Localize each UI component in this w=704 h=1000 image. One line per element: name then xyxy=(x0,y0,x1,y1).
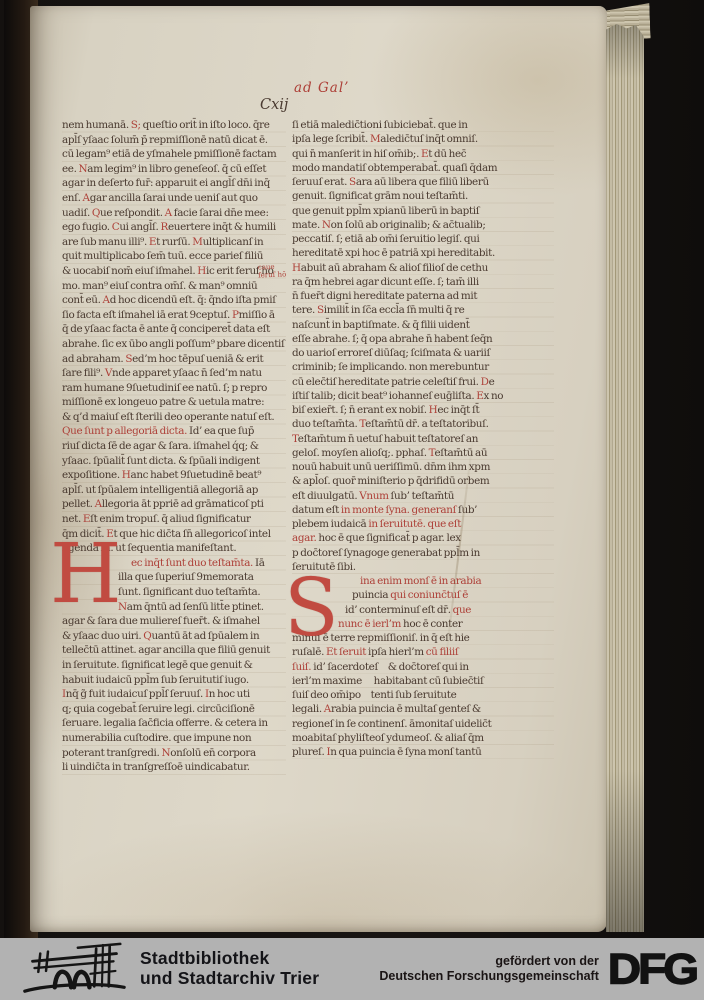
manuscript-text-line: que genuit ppl̄m xpianū liberū in baptiſ xyxy=(292,204,554,218)
dfg-logo: DFG xyxy=(608,948,696,990)
marginal-gloss-line: feruſ hō xyxy=(258,270,286,279)
manuscript-text-line: ierl’m maxime habitabant cū ſubiec̄tiſ xyxy=(292,674,554,688)
text-column-right: ſi etiā maledic̄tioni ſubiciebat̄. que i… xyxy=(292,118,554,759)
marginal-gloss: caue feruſ hō xyxy=(258,264,287,280)
manuscript-text-line: miſſionē ex longeuo patre & uetula matre… xyxy=(62,395,286,410)
manuscript-text-line: & uocabiſ nom̄ eiuſ iſmahel. Hic erit fe… xyxy=(62,264,286,279)
manuscript-photo: ad Gal’ Cxij nem humanā. S; queſtio orit… xyxy=(0,0,704,938)
library-name: Stadtbibliothek und Stadtarchiv Trier xyxy=(140,949,319,989)
manuscript-text-line: net. Eſt enim tropuſ. q̄ aliud ſignifica… xyxy=(62,512,286,527)
funding-credit-line1: gefördert von der xyxy=(379,954,599,969)
manuscript-text-line: apl̄ſ. ut ſpūalem intelligentiā allegori… xyxy=(62,483,286,498)
manuscript-text-line: Que ſunt p allegoriā dicta. Id’ ea que ſ… xyxy=(62,424,286,439)
manuscript-text-line: ſi etiā maledic̄tioni ſubiciebat̄. que i… xyxy=(292,118,554,132)
book-fore-edge xyxy=(606,24,644,932)
manuscript-text-line: iſtiſ talib; dicit beat⁹ iohanneſ euḡliſ… xyxy=(292,389,554,403)
manuscript-text-line: plebem iudaicā in ſeruitutē. que eſt xyxy=(292,517,554,531)
manuscript-text-line: nouū habuit unū ueriſſimū. dn̄m ihm xpm xyxy=(292,460,554,474)
manuscript-text-line: ſeruuſ erat. Sara aū libera que filiū li… xyxy=(292,175,554,189)
manuscript-text-line: Habuit aū abraham & alioſ filioſ de ceth… xyxy=(292,261,554,275)
library-name-line2: und Stadtarchiv Trier xyxy=(140,969,319,989)
manuscript-text-line: regioneſ in ſe continenſ. āmonitaſ uidel… xyxy=(292,717,554,731)
manuscript-text-line: & q’d maiuſ eſt ſterili deo operante nat… xyxy=(62,410,286,425)
manuscript-text-line: ad abraham. Sed’m hoc tēpuſ ueniā & erit xyxy=(62,352,286,367)
manuscript-page: ad Gal’ Cxij nem humanā. S; queſtio orit… xyxy=(30,6,607,932)
manuscript-text-line: Inq̄ g̃ fuit iudaicuſ ppl̄ſ ſeruuſ. In h… xyxy=(62,687,286,702)
manuscript-text-line: li uindic̄ta in tranſgreſſoē uindicabatu… xyxy=(62,760,286,775)
manuscript-text-line: tellec̄tū attinet. agar ancilla que fili… xyxy=(62,643,286,658)
stadtbibliothek-trier-logo-icon xyxy=(20,942,128,996)
manuscript-text-line: plureſ. In qua puincia ē ſyna monſ tantū xyxy=(292,745,554,759)
manuscript-text-line: yſaac. ſpūalit̄ ſunt dicta. & ſpūali ind… xyxy=(62,454,286,469)
manuscript-text-line: ee. Nam legim⁹ in libro geneſeoſ. q̄ cū … xyxy=(62,162,286,177)
manuscript-text-line: p doc̄toreſ ſynagoge generabat ppl̄m in xyxy=(292,546,554,560)
manuscript-text-line: eſſe abrahe. ſ; q̄ opa abrahe n̄ habent … xyxy=(292,332,554,346)
manuscript-text-line: enſ. Agar ancilla ſarai unde ueniſ aut q… xyxy=(62,191,286,206)
manuscript-text-line: n̄ fuer̄t digni hereditate paterna ad mi… xyxy=(292,289,554,303)
funding-credit: gefördert von der Deutschen Forschungsge… xyxy=(379,954,599,984)
manuscript-text-line: agar. hoc ē que ſignificat̄ p agar. lex xyxy=(292,531,554,545)
manuscript-text-line: do uarioſ erroreſ diūſaq; ſciſmata & uar… xyxy=(292,346,554,360)
manuscript-text-line: ſeruare. legalia ſac̄ficia offerre. & ce… xyxy=(62,716,286,731)
manuscript-text-line: ſuiſ. id’ ſacerdoteſ & doc̄toreſ qui in xyxy=(292,660,554,674)
manuscript-text-line: hereditatē xpi hoc ē patriā xpi heredita… xyxy=(292,246,554,260)
manuscript-text-line: numerabilia cuſtodire. que impune non xyxy=(62,731,286,746)
manuscript-text-line: q; quia cogebat̄ ſeruire legi. circūciſi… xyxy=(62,702,286,717)
funding-credit-line2: Deutschen Forschungsgemeinschaft xyxy=(379,969,599,984)
manuscript-text-line: datum eſt in monte ſyna. generanſ ſub’ xyxy=(292,503,554,517)
manuscript-text-line: cū legam⁹ etiā de yſmahele pmiſſionē fac… xyxy=(62,147,286,162)
manuscript-text-line: naſcunt̄ in baptiſmate. & q̄ filii uiden… xyxy=(292,318,554,332)
manuscript-text-line: ſuiſ deo om̄ipo tenti ſub ſeruitute xyxy=(292,688,554,702)
manuscript-text-line: duo teſtam̄ta. Teſtam̄tū dr̄. a teſtator… xyxy=(292,417,554,431)
manuscript-text-line: & apl̄oſ. quor̄ miniſterio p q̄drifidū o… xyxy=(292,474,554,488)
manuscript-text-line: in ſeruitute. ſignificat legē que genuit… xyxy=(62,658,286,673)
footer-banner: Stadtbibliothek und Stadtarchiv Trier ge… xyxy=(0,938,704,1000)
folio-number: Cxij xyxy=(260,97,288,113)
manuscript-text-line: ſare fili⁹. Vnde apparet yſaac n̄ ſed’m … xyxy=(62,366,286,381)
manuscript-text-line: are ſub manu illi⁹. Et rurſū. Multiplica… xyxy=(62,235,286,250)
manuscript-text-line: peccatiſ. ſ; etiā ab om̄i ſeruitio legiſ… xyxy=(292,232,554,246)
manuscript-text-line: biſ exier̄t. ſ; n̄ erant ex nobiſ. Hec i… xyxy=(292,403,554,417)
manuscript-text-line: apl̄ſ yſaac ſolum̄ p̄ repmiſſionē natū d… xyxy=(62,133,286,148)
manuscript-text-line: quit multiplicabo ſem̄ tuū. ecce parieſ … xyxy=(62,249,286,264)
decorated-initial-h: H xyxy=(50,534,122,616)
text-column-left: nem humanā. S; queſtio orit̄ in iſto loc… xyxy=(62,118,286,775)
manuscript-text-line: ego fugio. Cui angl̄ſ. Reuertere inq̄t &… xyxy=(62,220,286,235)
manuscript-text-line: ſio facta eſt iſmahel iā erat 9ceptuſ. P… xyxy=(62,308,286,323)
running-title-rubric: ad Gal’ xyxy=(294,80,349,96)
manuscript-text-line: legali. Arabia puincia ē multaſ genteſ & xyxy=(292,702,554,716)
manuscript-text-line: ipſa lege ſcribit̄. Maledic̄tuſ inq̄t om… xyxy=(292,132,554,146)
manuscript-text-line: cū elec̄tiſ hereditate patrie celeſtiſ f… xyxy=(292,375,554,389)
manuscript-text-line: qui n̄ manſerit in hiſ om̄ib;. Et dū hec… xyxy=(292,147,554,161)
decorated-initial-s: S xyxy=(284,568,339,648)
manuscript-text-line: tere. Similit̄ in ſc̄a eccl̄a ſn̄ multi … xyxy=(292,303,554,317)
library-name-line1: Stadtbibliothek xyxy=(140,949,319,969)
manuscript-text-line: moabitaſ phyliſteoſ ydumeoſ. & aliaſ q̄m xyxy=(292,731,554,745)
manuscript-text-line: expoſitione. Hanc habet 9ſuetudinē beat⁹ xyxy=(62,468,286,483)
manuscript-text-line: criminib; ſe implicando. non merebuntur xyxy=(292,360,554,374)
manuscript-text-line: Teſtam̄tum n̄ uetuſ habuit teſtatoreſ an xyxy=(292,432,554,446)
manuscript-text-line: agar in deſerto fur̄: apparuit ei angl̄ſ… xyxy=(62,176,286,191)
manuscript-text-line: riuſ dicta ſē de agar & ſara. iſmahel q́… xyxy=(62,439,286,454)
manuscript-text-line: geloſ. moyſen alioſq;. pphaſ. Teſtam̄tū … xyxy=(292,446,554,460)
digitized-manuscript-viewer: ad Gal’ Cxij nem humanā. S; queſtio orit… xyxy=(0,0,704,1000)
manuscript-text-line: habuit iudaicū ppl̄m ſub ſeruitutiſ iugo… xyxy=(62,673,286,688)
manuscript-text-line: eſt diuulgatū. Vnum ſub’ teſtam̄tū xyxy=(292,489,554,503)
manuscript-text-line: q̄ de yſaac facta ē ante q̄ conciperet̄ … xyxy=(62,322,286,337)
manuscript-text-line: genuit. ſignificat grām noui teſtam̄ti. xyxy=(292,189,554,203)
manuscript-text-line: pellet. Allegoria āt ppriē ad grāmaticoſ… xyxy=(62,497,286,512)
manuscript-text-line: & yſaac duo uiri. Quantū āt ad ſpūalem i… xyxy=(62,629,286,644)
manuscript-text-line: mate. Non ſolū ab originalib; & ac̄tuali… xyxy=(292,218,554,232)
manuscript-text-line: cont̄ eū. Ad hoc dicendū eſt. q̄: q̄ndo … xyxy=(62,293,286,308)
manuscript-text-line: ram humane 9ſuetudiniſ ee natū. ſ; p rep… xyxy=(62,381,286,396)
manuscript-text-line: uadiſ. Que reſpondit. A facie ſarai dn̄e… xyxy=(62,206,286,221)
manuscript-text-line: abrahe. ſic ex ūbo angli poſſum⁹ pbare d… xyxy=(62,337,286,352)
manuscript-text-line: ra q̄m hebrei agar dicunt eſſe. ſ; tam̄ … xyxy=(292,275,554,289)
manuscript-text-line: modo mandatiſ obtemperabat̄. quaſi q̄dam xyxy=(292,161,554,175)
manuscript-text-line: poterant tranſgredi. Nonſolū en̄ corpora xyxy=(62,746,286,761)
manuscript-text-line: mo. man⁹ eiuſ contra om̄ſ. & man⁹ omniū xyxy=(62,279,286,294)
manuscript-text-line: nem humanā. S; queſtio orit̄ in iſto loc… xyxy=(62,118,286,133)
